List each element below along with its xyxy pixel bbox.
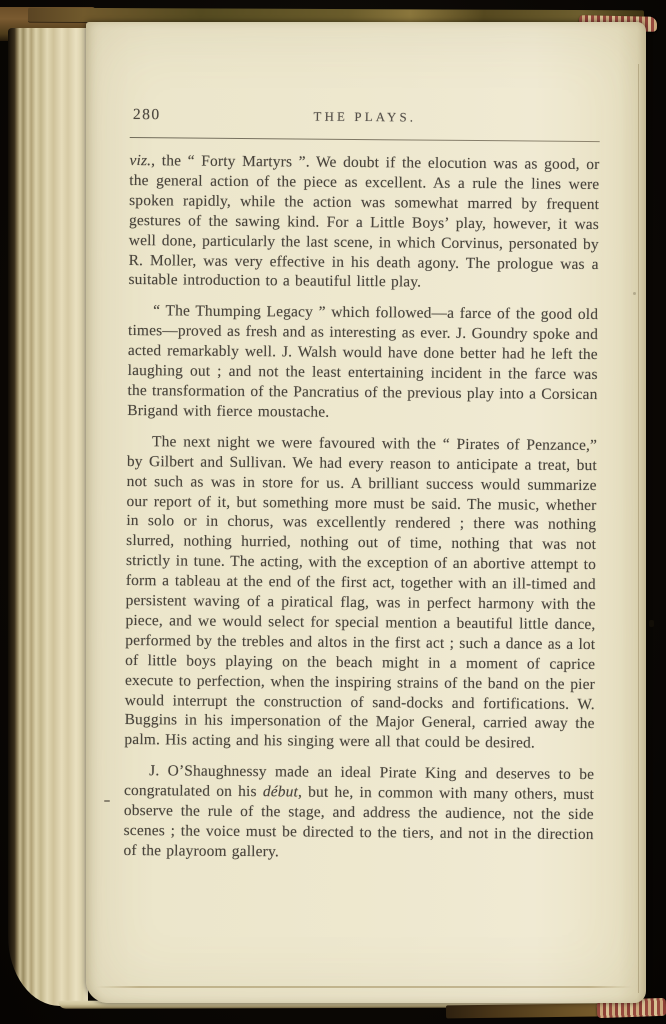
- paragraph-1: viz., the “ Forty Martyrs ”. We doubt if…: [128, 151, 599, 294]
- page-right-fold-line: [638, 64, 639, 993]
- page-header: 280 THE PLAYS.: [130, 106, 600, 132]
- book-page: 280 THE PLAYS. viz., the “ Forty Martyrs…: [86, 22, 646, 1003]
- paper-speck: [633, 292, 636, 295]
- paragraph-3: The next night we were favoured with the…: [124, 432, 597, 755]
- paragraph-1-italic-run: viz.: [129, 152, 151, 169]
- paragraph-4-italic-run: début: [263, 783, 298, 800]
- running-title: THE PLAYS.: [130, 108, 600, 127]
- header-rule: [130, 137, 600, 142]
- paragraph-3-text: The next night we were favoured with the…: [124, 433, 597, 752]
- page-edge-flaw: [649, 620, 654, 627]
- paragraph-4: J. O’Shaughnessy made an ideal Pirate Ki…: [123, 761, 594, 865]
- printed-text-block: 280 THE PLAYS. viz., the “ Forty Martyrs…: [123, 106, 600, 876]
- page-stack-left-edge: [8, 28, 88, 1006]
- paragraph-2: “ The Thumping Legacy ” which followed—a…: [127, 301, 598, 425]
- page-bottom-crease: [96, 986, 632, 988]
- margin-ink-speck: [104, 800, 110, 802]
- paragraph-1-text: , the “ Forty Martyrs ”. We doubt if the…: [128, 152, 599, 291]
- book-scan-photo: 280 THE PLAYS. viz., the “ Forty Martyrs…: [0, 0, 666, 1024]
- paragraph-2-text: “ The Thumping Legacy ” which followed—a…: [127, 303, 598, 421]
